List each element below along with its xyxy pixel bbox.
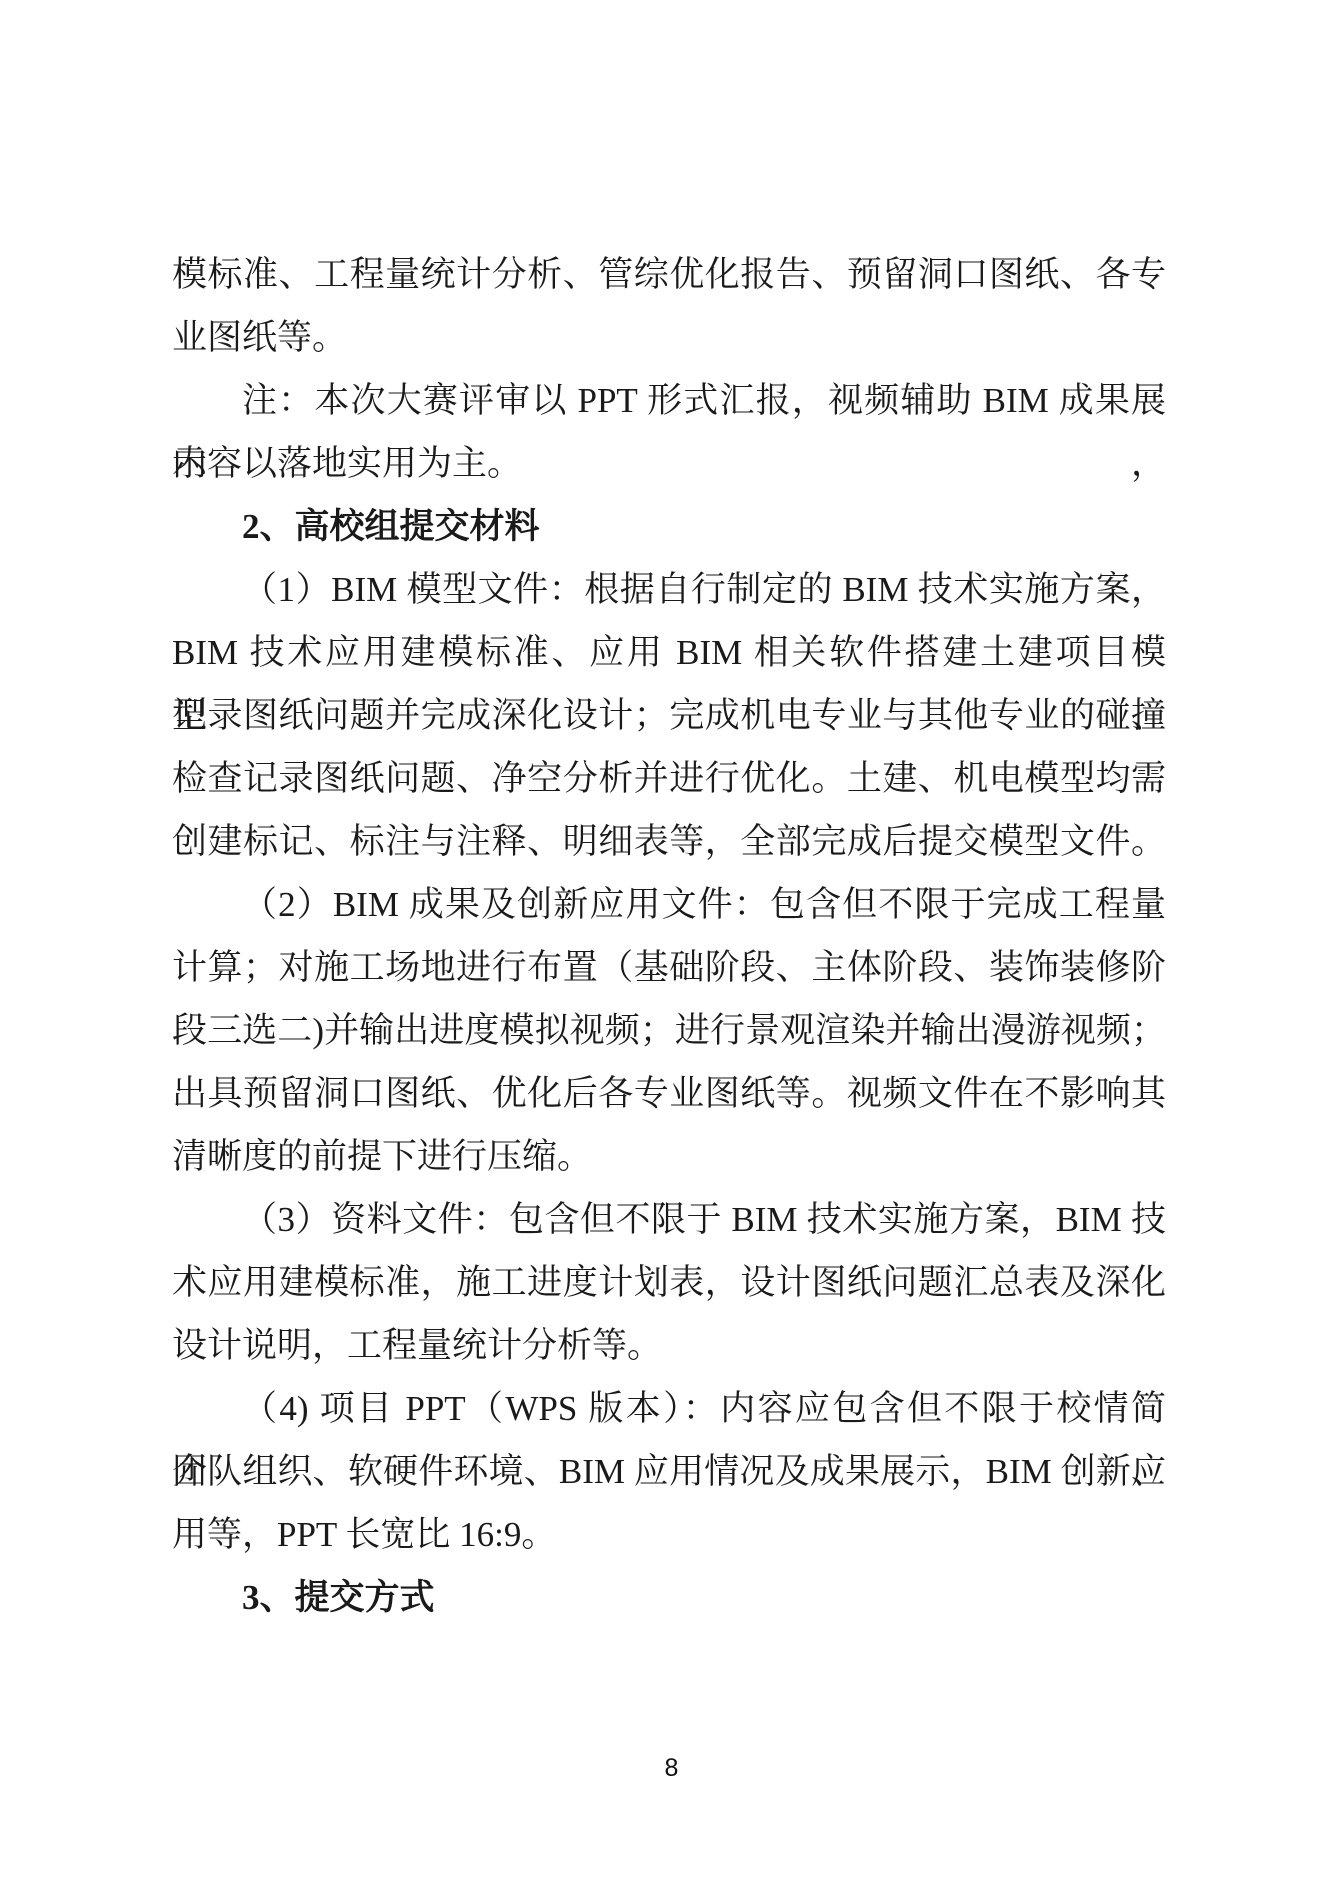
- text-line: 注：本次大赛评审以 PPT 形式汇报，视频辅助 BIM 成果展示，: [172, 369, 1166, 432]
- text-line: （1）BIM 模型文件：根据自行制定的 BIM 技术实施方案，: [172, 558, 1166, 621]
- text-line: 计算；对施工场地进行布置（基础阶段、主体阶段、装饰装修阶: [172, 936, 1166, 999]
- text-line: 创建标记、标注与注释、明细表等，全部完成后提交模型文件。: [172, 810, 1166, 873]
- page-number: 8: [0, 1753, 1343, 1783]
- text-line: （2）BIM 成果及创新应用文件：包含但不限于完成工程量: [172, 873, 1166, 936]
- text-line: 检查记录图纸问题、净空分析并进行优化。土建、机电模型均需: [172, 747, 1166, 810]
- text-line: 业图纸等。: [172, 306, 1166, 369]
- text-line: 模标准、工程量统计分析、管综优化报告、预留洞口图纸、各专: [172, 243, 1166, 306]
- document-page: 模标准、工程量统计分析、管综优化报告、预留洞口图纸、各专 业图纸等。 注：本次大…: [0, 0, 1343, 1900]
- text-line: 术应用建模标准，施工进度计划表，设计图纸问题汇总表及深化: [172, 1251, 1166, 1314]
- text-line: BIM 技术应用建模标准、应用 BIM 相关软件搭建土建项目模型、: [172, 621, 1166, 684]
- text-line: 清晰度的前提下进行压缩。: [172, 1125, 1166, 1188]
- text-line: （4) 项目 PPT（WPS 版本）：内容应包含但不限于校情简介、: [172, 1377, 1166, 1440]
- text-line: 设计说明，工程量统计分析等。: [172, 1314, 1166, 1377]
- text-line: 段三选二)并输出进度模拟视频；进行景观渲染并输出漫游视频；: [172, 999, 1166, 1062]
- text-line: 用等，PPT 长宽比 16:9。: [172, 1503, 1166, 1566]
- section-heading-3: 3、提交方式: [172, 1566, 1166, 1629]
- text-line: 记录图纸问题并完成深化设计；完成机电专业与其他专业的碰撞: [172, 684, 1166, 747]
- section-heading-2: 2、高校组提交材料: [172, 495, 1166, 558]
- text-line: 出具预留洞口图纸、优化后各专业图纸等。视频文件在不影响其: [172, 1062, 1166, 1125]
- document-body: 模标准、工程量统计分析、管综优化报告、预留洞口图纸、各专 业图纸等。 注：本次大…: [172, 243, 1166, 1629]
- text-line: （3）资料文件：包含但不限于 BIM 技术实施方案，BIM 技: [172, 1188, 1166, 1251]
- text-line: 团队组织、软硬件环境、BIM 应用情况及成果展示，BIM 创新应: [172, 1440, 1166, 1503]
